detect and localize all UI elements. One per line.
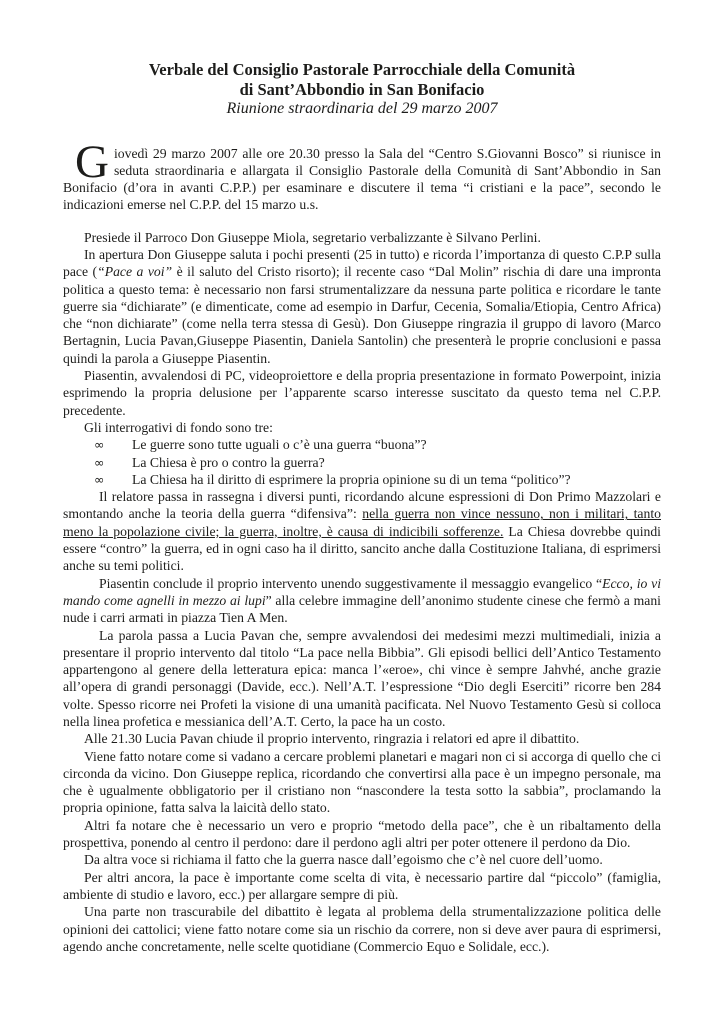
text-run: La parola passa a Lucia Pavan che, sempr…	[63, 628, 661, 729]
bullet-item: ∞La Chiesa è pro o contro la guerra?	[63, 454, 661, 471]
document-header: Verbale del Consiglio Pastorale Parrocch…	[63, 60, 661, 119]
paragraph: Una parte non trascurabile del dibattito…	[63, 903, 661, 955]
text-run: è il saluto del Cristo risorto); il rece…	[63, 264, 661, 365]
text-run: La Chiesa ha il diritto di esprimere la …	[132, 472, 571, 487]
text-run: Altri fa notare che è necessario un vero…	[63, 818, 661, 850]
document-body: Giovedì 29 marzo 2007 alle ore 20.30 pre…	[63, 145, 661, 956]
paragraph: Gli interrogativi di fondo sono tre:	[63, 419, 661, 436]
text-run: Le guerre sono tutte uguali o c’è una gu…	[132, 437, 427, 452]
text-run: Piasentin conclude il proprio intervento…	[99, 576, 602, 591]
document-title-line1: Verbale del Consiglio Pastorale Parrocch…	[63, 60, 661, 80]
document-page: Verbale del Consiglio Pastorale Parrocch…	[0, 0, 724, 1024]
dropcap-letter: G	[75, 146, 109, 179]
document-title-line2: di Sant’Abbondio in San Bonifacio	[63, 80, 661, 100]
paragraph: Piasentin, avvalendosi di PC, videoproie…	[63, 367, 661, 419]
infinity-bullet-icon: ∞	[94, 454, 104, 471]
paragraph: La parola passa a Lucia Pavan che, sempr…	[63, 627, 661, 731]
paragraph: Altri fa notare che è necessario un vero…	[63, 817, 661, 852]
text-run-italic: “Pace a voi”	[97, 264, 172, 279]
paragraph: Giovedì 29 marzo 2007 alle ore 20.30 pre…	[63, 145, 661, 214]
bullet-item: ∞La Chiesa ha il diritto di esprimere la…	[63, 471, 661, 488]
text-run: Per altri ancora, la pace è importante c…	[63, 870, 661, 902]
document-subtitle: Riunione straordinaria del 29 marzo 2007	[63, 99, 661, 119]
paragraph: Il relatore passa in rassegna i diversi …	[63, 488, 661, 574]
paragraph: In apertura Don Giuseppe saluta i pochi …	[63, 246, 661, 367]
text-run: Alle 21.30 Lucia Pavan chiude il proprio…	[84, 731, 579, 746]
paragraph: Da altra voce si richiama il fatto che l…	[63, 851, 661, 868]
text-run: Gli interrogativi di fondo sono tre:	[84, 420, 273, 435]
infinity-bullet-icon: ∞	[94, 471, 104, 488]
paragraph: Viene fatto notare come si vadano a cerc…	[63, 748, 661, 817]
text-run: Da altra voce si richiama il fatto che l…	[84, 852, 603, 867]
text-run: Viene fatto notare come si vadano a cerc…	[63, 749, 661, 816]
paragraph: Per altri ancora, la pace è importante c…	[63, 869, 661, 904]
text-run: Piasentin, avvalendosi di PC, videoproie…	[63, 368, 661, 418]
bullet-item: ∞Le guerre sono tutte uguali o c’è una g…	[63, 436, 661, 453]
paragraph: Alle 21.30 Lucia Pavan chiude il proprio…	[63, 730, 661, 747]
text-run: iovedì 29 marzo 2007 alle ore 20.30 pres…	[63, 146, 661, 213]
text-run: Una parte non trascurabile del dibattito…	[63, 904, 661, 954]
infinity-bullet-icon: ∞	[94, 436, 104, 453]
paragraph: Presiede il Parroco Don Giuseppe Miola, …	[63, 229, 661, 246]
paragraph: Piasentin conclude il proprio intervento…	[63, 575, 661, 627]
text-run: La Chiesa è pro o contro la guerra?	[132, 455, 325, 470]
text-run: Presiede il Parroco Don Giuseppe Miola, …	[84, 230, 541, 245]
